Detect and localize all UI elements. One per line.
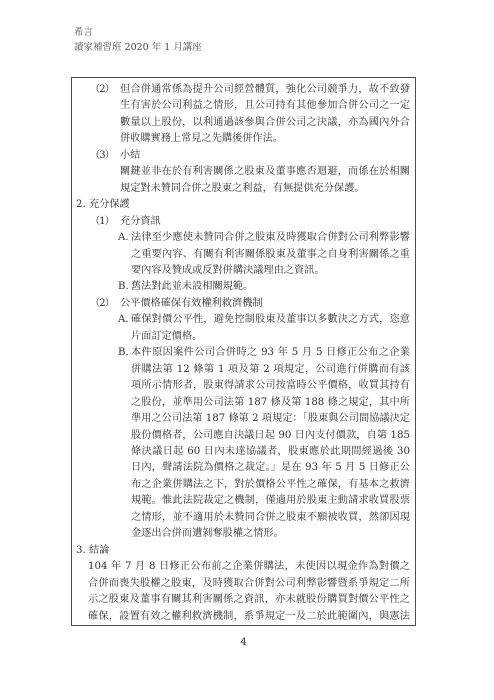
paragraph-text: 小結	[120, 148, 410, 164]
paragraph-marker: 2.	[76, 197, 89, 213]
list-item: 104 年 7 月 8 日修正公布前之企業併購法，未使因以現金作為對價之合併而喪…	[76, 559, 410, 626]
list-item: A. 確保對價公平性，避免控制股東及董事以多數決之方式，恣意片面訂定價格。	[76, 312, 410, 345]
list-item: 2. 充分保護	[76, 197, 410, 213]
paragraph-marker: A.	[118, 312, 131, 328]
paragraph-text: 公平價格確保有效權利救濟機制	[120, 296, 410, 312]
paragraph-text: 充分資訊	[120, 214, 410, 230]
list-item: B. 舊法對此並未設相關規範。	[76, 279, 410, 295]
paragraph-marker: B.	[118, 345, 131, 361]
list-item: （1） 充分資訊	[76, 214, 410, 230]
content-box: （2） 但合併通常係為提升公司經營體質，強化公司競爭力，故不致發生有害於公司利益…	[71, 77, 416, 626]
paragraph-text: 結論	[89, 543, 410, 559]
paragraph-text: 關鍵並非在於有利害關係之股東及董事應否迴避，而係在於相關規定對未贊同合併之股東之…	[120, 164, 410, 197]
list-item: （2） 但合併通常係為提升公司經營體質，強化公司競爭力，故不致發生有害於公司利益…	[76, 82, 410, 148]
paragraph-marker: （3）	[90, 148, 120, 164]
list-item: A. 法律至少應使未贊同合併之股東及時獲取合併對公司利弊影響之重要內容、有關有利…	[76, 230, 410, 279]
list-item: 關鍵並非在於有利害關係之股東及董事應否迴避，而係在於相關規定對未贊同合併之股東之…	[76, 164, 410, 197]
document-page: 希言 讀家補習班 2020 年 1 月講座 （2） 但合併通常係為提升公司經營體…	[0, 0, 494, 700]
paragraph-marker: 3.	[76, 543, 89, 559]
list-item: （3） 小結	[76, 148, 410, 164]
paragraph-text: 本件原因案件公司合併時之 93 年 5 月 5 日修正公布之企業併購法第 12 …	[131, 345, 410, 542]
paragraph-marker: B.	[118, 279, 131, 295]
list-item: B. 本件原因案件公司合併時之 93 年 5 月 5 日修正公布之企業併購法第 …	[76, 345, 410, 542]
paragraph-text: 但合併通常係為提升公司經營體質，強化公司競爭力，故不致發生有害於公司利益之情形，…	[120, 82, 410, 148]
paragraph-marker: （2）	[90, 296, 120, 312]
page-header: 希言 讀家補習班 2020 年 1 月講座	[74, 26, 202, 55]
list-item: （2） 公平價格確保有效權利救濟機制	[76, 296, 410, 312]
paragraph-text: 法律至少應使未贊同合併之股東及時獲取合併對公司利弊影響之重要內容、有關有利害關係…	[131, 230, 410, 279]
paragraph-marker: （2）	[90, 82, 120, 98]
paragraph-text: 確保對價公平性，避免控制股東及董事以多數決之方式，恣意片面訂定價格。	[131, 312, 410, 345]
paragraph-text: 104 年 7 月 8 日修正公布前之企業併購法，未使因以現金作為對價之合併而喪…	[88, 559, 410, 626]
header-session: 讀家補習班 2020 年 1 月講座	[74, 41, 202, 56]
paragraph-text: 充分保護	[89, 197, 410, 213]
paragraph-text: 舊法對此並未設相關規範。	[131, 279, 410, 295]
list-item: 3. 結論	[76, 543, 410, 559]
paragraph-marker: （1）	[90, 214, 120, 230]
page-number: 4	[71, 637, 416, 648]
paragraph-marker: A.	[118, 230, 131, 246]
header-author: 希言	[74, 26, 202, 41]
